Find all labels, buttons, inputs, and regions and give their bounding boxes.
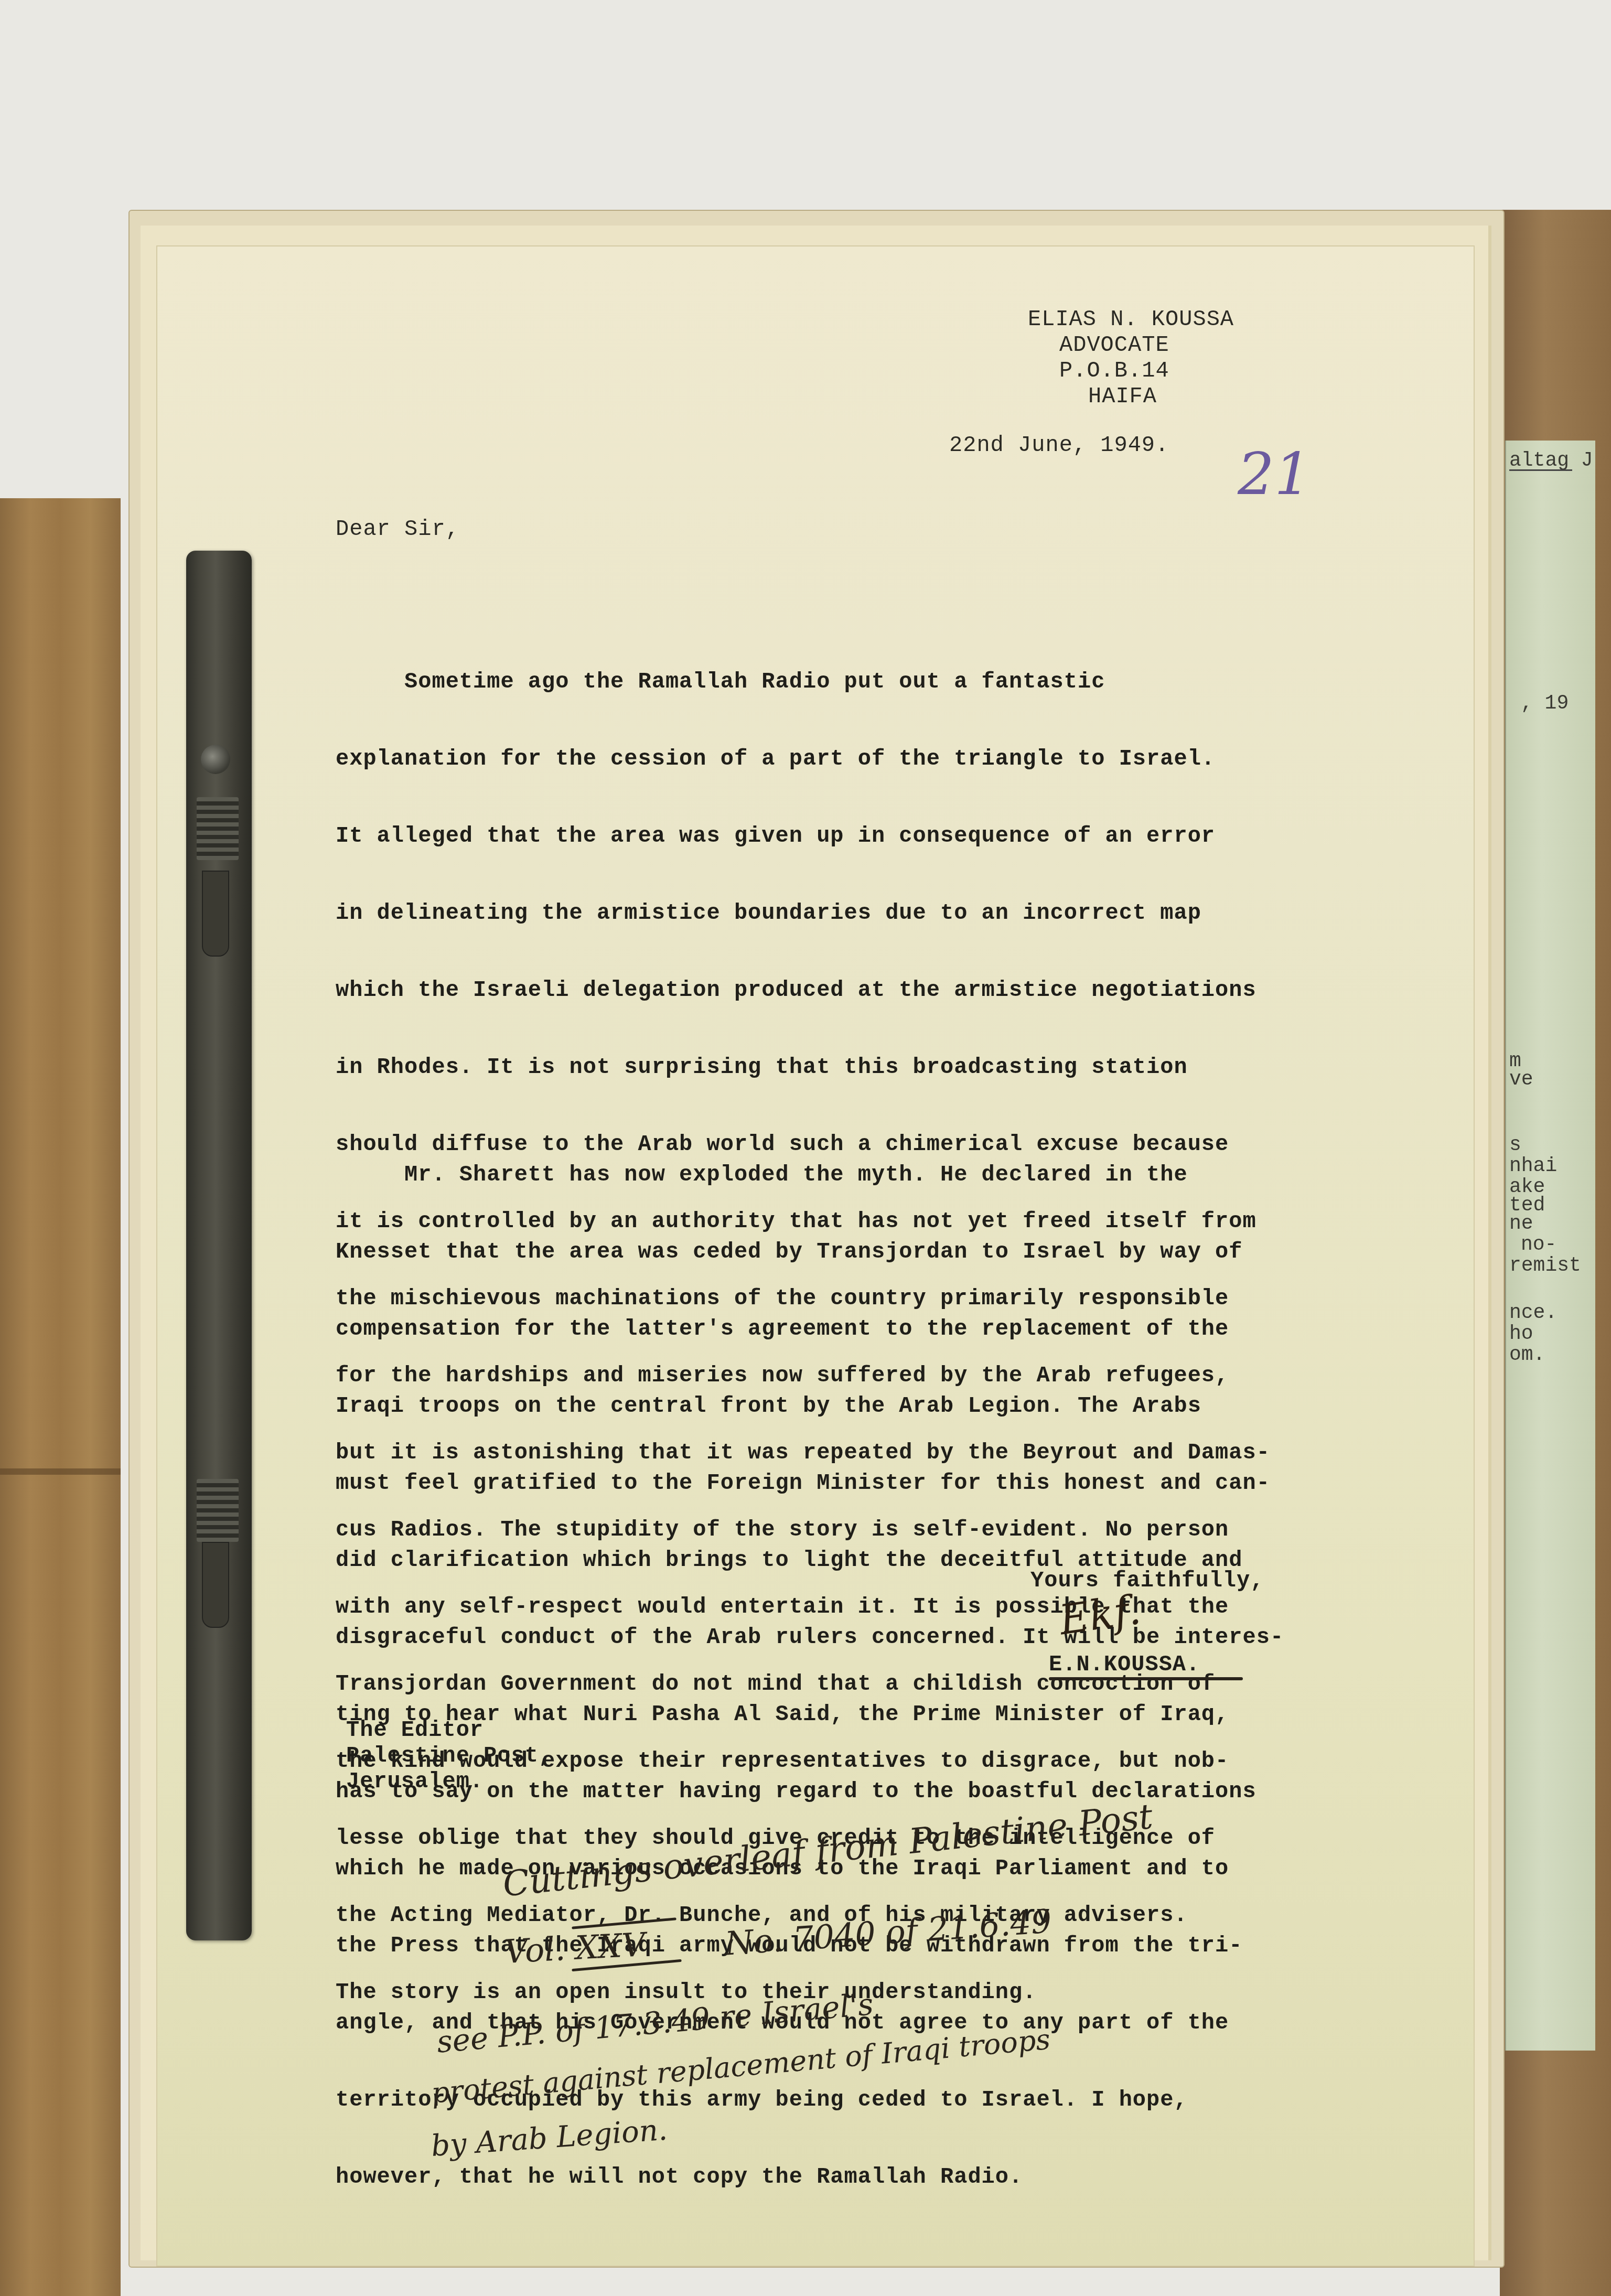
salutation: Dear Sir,	[336, 517, 459, 542]
green-sheet-fragment: ve	[1509, 1067, 1533, 1092]
body-line: however, that he will not copy the Ramal…	[336, 2164, 1284, 2190]
body-line: Iraqi troops on the central front by the…	[336, 1393, 1284, 1419]
letterhead-title: ADVOCATE	[1059, 332, 1169, 358]
letterhead-city: HAIFA	[1088, 384, 1157, 410]
binding-clip	[186, 551, 252, 1940]
recipient-line-3: Jerusalem.	[346, 1769, 484, 1795]
clip-ridge	[197, 797, 239, 860]
body-line: in Rhodes. It is not surprising that thi…	[336, 1055, 1270, 1080]
clip-tab	[202, 1542, 229, 1628]
green-sheet-rule	[1509, 469, 1572, 471]
folder-cover-left	[0, 498, 121, 2296]
green-sheet-fragment: om.	[1509, 1343, 1545, 1368]
body-line: Mr. Sharett has now exploded the myth. H…	[336, 1162, 1284, 1188]
clip-tab	[202, 871, 229, 957]
clip-ridge	[197, 1479, 239, 1542]
signed-name: E.N.KOUSSA.	[1049, 1652, 1200, 1678]
body-line: compensation for the latter's agreement …	[336, 1316, 1284, 1342]
folio-number: 21	[1238, 441, 1311, 508]
folder-crease	[0, 1468, 121, 1475]
signature-underline	[1049, 1677, 1243, 1680]
recipient-line-2: Palestine Post,	[346, 1743, 552, 1769]
body-line: It alleged that the area was given up in…	[336, 823, 1270, 849]
green-sheet-date-fragment: , 19	[1521, 691, 1569, 716]
body-line: explanation for the cession of a part of…	[336, 746, 1270, 772]
body-line: in delineating the armistice boundaries …	[336, 900, 1270, 926]
valediction: Yours faithfully,	[1030, 1568, 1264, 1594]
recipient-line-1: The Editor	[346, 1718, 484, 1743]
letterhead-name: ELIAS N. KOUSSA	[1028, 307, 1234, 332]
body-line: Knesset that the area was ceded by Trans…	[336, 1239, 1284, 1265]
body-line: Sometime ago the Ramallah Radio put out …	[336, 669, 1270, 695]
green-sheet-fragment: remist	[1509, 1253, 1581, 1279]
letterhead-address: P.O.B.14	[1059, 358, 1169, 384]
letter-date: 22nd June, 1949.	[949, 433, 1169, 458]
body-line: which the Israeli delegation produced at…	[336, 978, 1270, 1003]
clip-rivet	[201, 745, 230, 774]
body-line: must feel gratified to the Foreign Minis…	[336, 1471, 1284, 1496]
